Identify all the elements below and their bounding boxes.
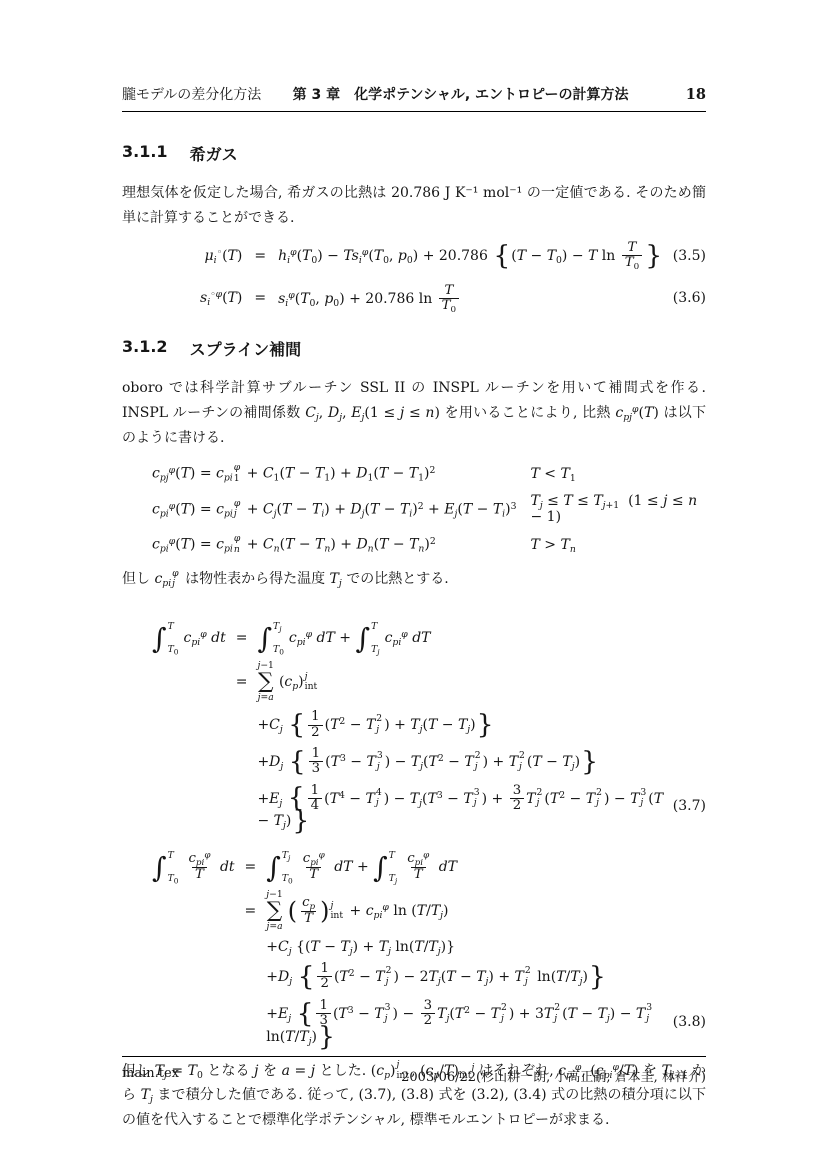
eq37-equals-1: =	[226, 630, 258, 646]
spline-cond-2: Tj ≤ T ≤ Tj+1 (1 ≤ j ≤ n − 1)	[530, 493, 706, 525]
page-footer: main.tex 2003/06/22(杉山耕一朗, 小高正嗣, 倉本圭, 林祥…	[122, 1056, 706, 1085]
spline-eq-3: cpiφ(T) = cpiφn + Cn(T − Tn) + Dn(T − Tn…	[152, 534, 516, 555]
eq37-rhs-3: +Cj {12(T2 − T2j) + Tj(T − Tj)}	[257, 710, 672, 740]
spline-cond-1: T < T1	[530, 466, 575, 482]
eq36-rhs: siφ(T0, p0) + 20.786 ln TT0	[278, 284, 673, 314]
eq37-rhs-4: +Dj {13(T3 − T3j) − Tj(T2 − T2j) + T2j(T…	[257, 747, 672, 777]
spline-equations: cpjφ(T) = cpiφ1 + C1(T − T1) + D1(T − T1…	[122, 463, 706, 555]
eq38-lhs: ∫TT0cpiφT dt	[152, 851, 235, 883]
equation-3-8: ∫TT0cpiφT dt = ∫TjT0cpiφT dT + ∫TTjcpiφT…	[122, 851, 706, 1044]
eq38-equals-1: =	[235, 859, 267, 875]
eq37-number: (3.7)	[673, 798, 706, 814]
eq38-rhs-2: j−1∑j=a(cpT)jint + cpiφ ln (T/Tj)	[266, 890, 673, 932]
equation-group-3-5-3-6: μi◦(T) = hiφ(T0) − Tsiφ(T0, p0) + 20.786…	[122, 241, 706, 313]
eq37-rhs-2: j−1∑j=a(cp)jint	[257, 661, 672, 703]
eq35-rhs: hiφ(T0) − Tsiφ(T0, p0) + 20.786 {(T − T0…	[278, 241, 673, 271]
eq37-lhs: ∫TT0cpiφ dt	[152, 622, 226, 654]
section-heading-3-1-1: 3.1.1 希ガス	[122, 142, 706, 165]
equation-3-7: ∫TT0cpiφ dt = ∫TjT0cpiφ dT + ∫TTjcpiφ dT…	[122, 622, 706, 829]
section-title: スプライン補間	[190, 337, 302, 360]
eq38-number: (3.8)	[673, 1014, 706, 1030]
section-title: 希ガス	[190, 142, 238, 165]
spline-eq-2: cpiφ(T) = cpiφj + Cj(T − Ti) + Dj(T − Ti…	[152, 499, 516, 520]
eq36-equals: =	[242, 290, 278, 306]
eq38-rhs-1: ∫TjT0cpiφT dT + ∫TTjcpiφT dT	[266, 851, 673, 883]
footer-date-authors: 2003/06/22(杉山耕一朗, 小高正嗣, 倉本圭, 林祥介)	[401, 1066, 706, 1085]
page-content: 朧モデルの差分化方法 第 3 章 化学ポテンシャル, エントロピーの計算方法 1…	[0, 0, 826, 1133]
spline-eq-1: cpjφ(T) = cpiφ1 + C1(T − T1) + D1(T − T1…	[152, 463, 516, 484]
eq35-number: (3.5)	[673, 248, 706, 264]
eq38-rhs-5: +Ej {13(T3 − T3j) − 32Tj(T2 − T2j) + 3T2…	[266, 999, 673, 1045]
eq37-equals-2: =	[226, 674, 258, 690]
footer-filename: main.tex	[122, 1066, 179, 1085]
document-page: 朧モデルの差分化方法 第 3 章 化学ポテンシャル, エントロピーの計算方法 1…	[0, 0, 826, 1169]
eq38-equals-2: =	[235, 903, 267, 919]
spline-cond-3: T > Tn	[530, 537, 575, 553]
paragraph-note-cp: 但し cpiφj は物性表から得た温度 Tj での比熱とする.	[122, 567, 706, 592]
eq36-lhs: si◦φ(T)	[200, 290, 242, 306]
page-header: 朧モデルの差分化方法 第 3 章 化学ポテンシャル, エントロピーの計算方法 1…	[122, 84, 706, 112]
eq37-rhs-5: +Ej {14(T4 − T4j) − Tj(T3 − T3j) + 32T2j…	[257, 784, 672, 830]
running-head-chapter: 第 3 章 化学ポテンシャル, エントロピーの計算方法	[293, 84, 629, 104]
eq37-rhs-1: ∫TjT0cpiφ dT + ∫TTjcpiφ dT	[257, 622, 672, 654]
eq35-equals: =	[242, 248, 278, 264]
section-number: 3.1.2	[122, 337, 168, 360]
section-heading-3-1-2: 3.1.2 スプライン補間	[122, 337, 706, 360]
paragraph-spline-intro: oboro では科学計算サブルーチン SSL II の INSPL ルーチンを用…	[122, 376, 706, 451]
running-head-left: 朧モデルの差分化方法	[122, 84, 261, 104]
eq36-number: (3.6)	[673, 290, 706, 306]
eq38-rhs-3: +Cj {(T − Tj) + Tj ln(T/Tj)}	[266, 939, 673, 955]
page-number: 18	[686, 86, 706, 103]
section-number: 3.1.1	[122, 142, 168, 165]
eq35-lhs: μi◦(T)	[205, 248, 243, 264]
eq38-rhs-4: +Dj {12(T2 − T2j) − 2Tj(T − Tj) + T2j ln…	[266, 962, 673, 992]
paragraph-rare-gas: 理想気体を仮定した場合, 希ガスの比熱は 20.786 J K⁻¹ mol⁻¹ …	[122, 181, 706, 231]
